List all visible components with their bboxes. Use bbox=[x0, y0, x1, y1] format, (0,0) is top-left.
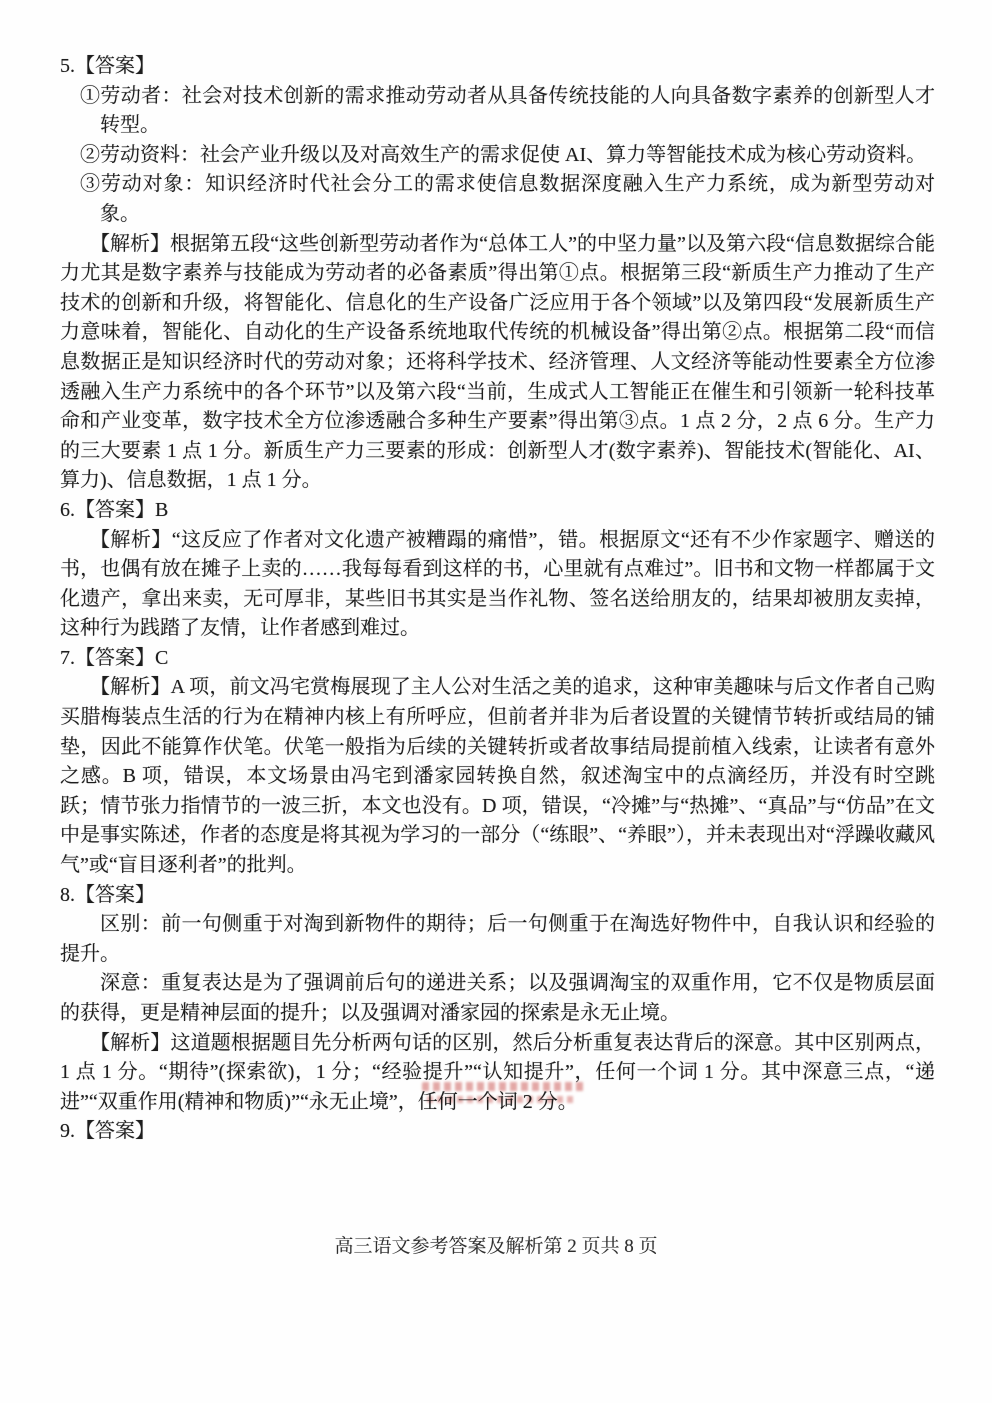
question-6-analysis: 【解析】“这反应了作者对文化遗产被糟蹋的痛惜”，错。根据原文“还有不少作家题字、… bbox=[60, 526, 935, 644]
question-5-answer-item-2: ②劳动资料：社会产业升级以及对高效生产的需求促使 AI、算力等智能技术成为核心劳… bbox=[60, 141, 935, 171]
question-5-answer-item-1: ①劳动者：社会对技术创新的需求推动劳动者从具备传统技能的人向具备数字素养的创新型… bbox=[60, 82, 935, 141]
question-6-heading: 6.【答案】B bbox=[60, 496, 935, 526]
question-8-answer-item-1: 区别：前一句侧重于对淘到新物件的期待；后一句侧重于在淘选好物件中，自我认识和经验… bbox=[60, 910, 935, 969]
question-8-answer-item-2: 深意：重复表达是为了强调前后句的递进关系；以及强调淘宝的双重作用，它不仅是物质层… bbox=[60, 969, 935, 1028]
question-7-analysis: 【解析】A 项，前文冯宅赏梅展现了主人公对生活之美的追求，这种审美趣味与后文作者… bbox=[60, 673, 935, 880]
question-5-answer-item-3: ③劳动对象：知识经济时代社会分工的需求使信息数据深度融入生产力系统，成为新型劳动… bbox=[60, 170, 935, 229]
question-7-heading: 7.【答案】C bbox=[60, 644, 935, 674]
answer-document-body: 5.【答案】 ①劳动者：社会对技术创新的需求推动劳动者从具备传统技能的人向具备数… bbox=[60, 52, 935, 1147]
question-8-analysis: 【解析】这道题根据题目先分析两句话的区别，然后分析重复表达背后的深意。其中区别两… bbox=[60, 1029, 935, 1118]
answer-sheet-page: 5.【答案】 ①劳动者：社会对技术创新的需求推动劳动者从具备传统技能的人向具备数… bbox=[0, 0, 992, 1403]
page-footer: 高三语文参考答案及解析第 2 页共 8 页 bbox=[0, 1233, 992, 1261]
question-5-analysis: 【解析】根据第五段“这些创新型劳动者作为“总体工人”的中坚力量”以及第六段“信息… bbox=[60, 230, 935, 496]
question-5-heading: 5.【答案】 bbox=[60, 52, 935, 82]
question-9-heading: 9.【答案】 bbox=[60, 1117, 935, 1147]
question-8-heading: 8.【答案】 bbox=[60, 881, 935, 911]
